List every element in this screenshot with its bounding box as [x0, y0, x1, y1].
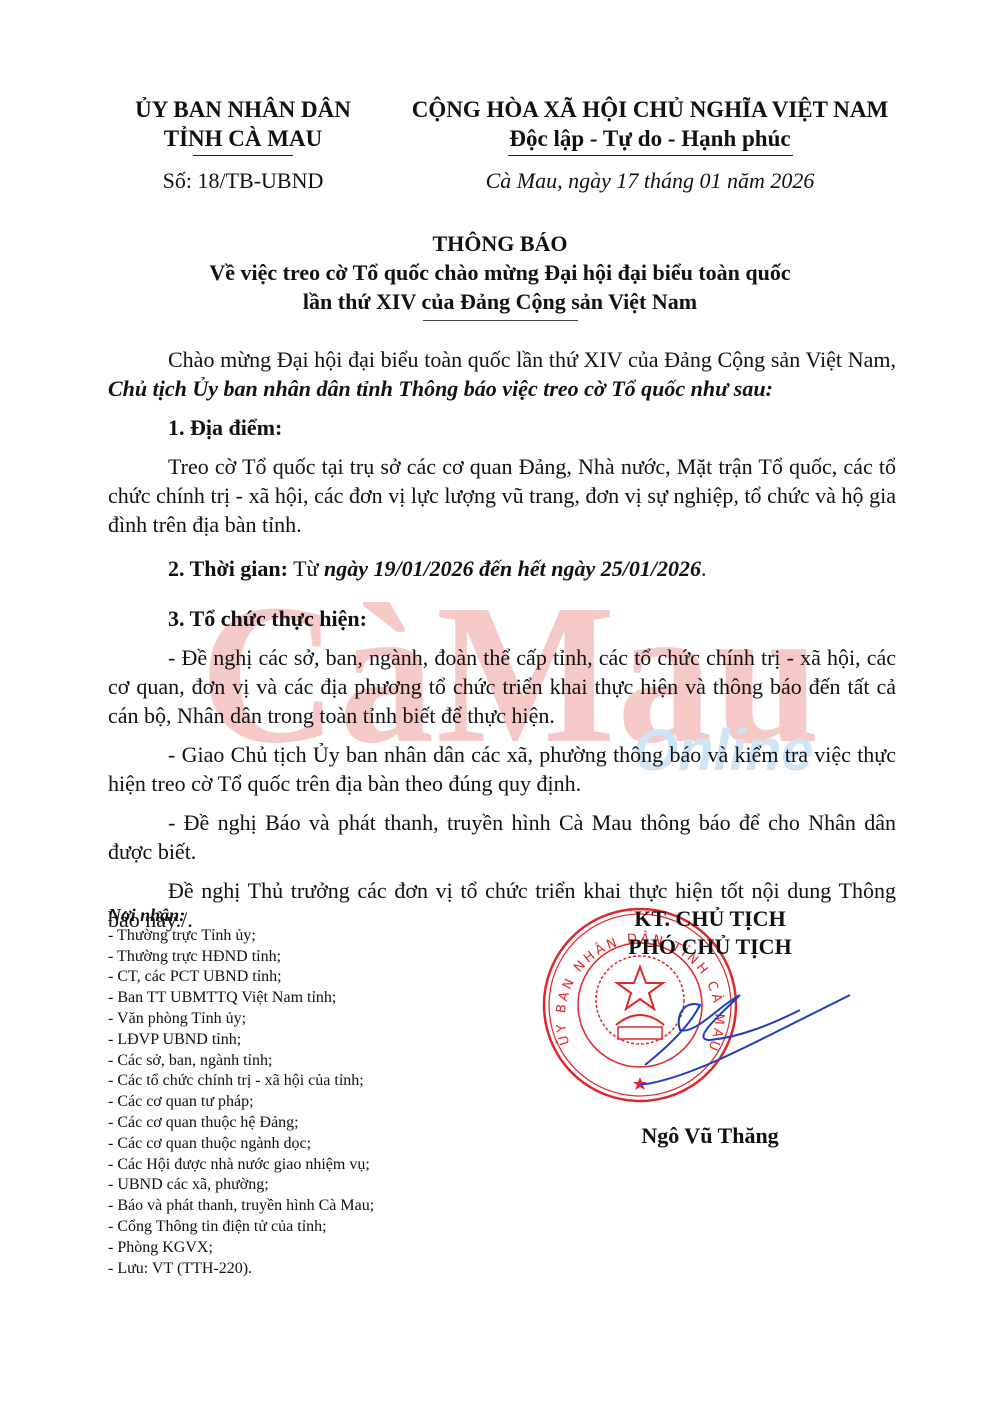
signature-block: KT. CHỦ TỊCH PHÓ CHỦ TỊCH [580, 905, 840, 961]
national-motto: CỘNG HÒA XÃ HỘI CHỦ NGHĨA VIỆT NAM Độc l… [395, 95, 905, 156]
section-3-item: - Đề nghị Báo và phát thanh, truyền hình… [108, 808, 896, 866]
document-number: Số: 18/TB-UBND [108, 168, 378, 194]
subject-line-1: Về việc treo cờ Tổ quốc chào mừng Đại hộ… [100, 258, 900, 287]
recipient-item: - Ban TT UBMTTQ Việt Nam tỉnh; [108, 988, 468, 1009]
motto: Độc lập - Tự do - Hạnh phúc [395, 124, 905, 153]
recipient-item: - Cổng Thông tin điện tử của tỉnh; [108, 1217, 468, 1238]
subject-line-2: lần thứ XIV của Đảng Cộng sản Việt Nam [100, 287, 900, 316]
recipient-item: - Báo và phát thanh, truyền hình Cà Mau; [108, 1196, 468, 1217]
recipients-heading: Nơi nhận: [108, 905, 468, 926]
authority-underline [193, 155, 293, 156]
document-type: THÔNG BÁO [100, 229, 900, 258]
nation-name: CỘNG HÒA XÃ HỘI CHỦ NGHĨA VIỆT NAM [395, 95, 905, 124]
section-2-heading: 2. Thời gian: [168, 556, 288, 581]
section-1-text: Treo cờ Tổ quốc tại trụ sở các cơ quan Đ… [108, 452, 896, 539]
recipients-list: - Thường trực Tỉnh ủy; - Thường trực HĐN… [108, 926, 468, 1280]
intro-paragraph: Chào mừng Đại hội đại biểu toàn quốc lần… [108, 345, 896, 403]
section-3-item: - Giao Chủ tịch Ủy ban nhân dân các xã, … [108, 740, 896, 798]
recipients-block: Nơi nhận: - Thường trực Tỉnh ủy; - Thườn… [108, 905, 468, 1279]
section-3-heading: 3. Tổ chức thực hiện: [108, 604, 896, 633]
recipient-item: - Thường trực HĐND tỉnh; [108, 947, 468, 968]
intro-emphasis: Chủ tịch Ủy ban nhân dân tỉnh Thông báo … [108, 376, 773, 401]
document-title: THÔNG BÁO Về việc treo cờ Tổ quốc chào m… [100, 229, 900, 321]
recipient-item: - UBND các xã, phường; [108, 1175, 468, 1196]
issuing-authority: ỦY BAN NHÂN DÂN TỈNH CÀ MAU [108, 95, 378, 156]
signature-title-1: KT. CHỦ TỊCH [580, 905, 840, 933]
signature-title-2: PHÓ CHỦ TỊCH [580, 933, 840, 961]
recipient-item: - Lưu: VT (TTH-220). [108, 1259, 468, 1280]
recipient-item: - Thường trực Tỉnh ủy; [108, 926, 468, 947]
motto-underline [508, 155, 793, 156]
recipient-item: - LĐVP UBND tỉnh; [108, 1030, 468, 1051]
recipient-item: - Các tổ chức chính trị - xã hội của tỉn… [108, 1071, 468, 1092]
recipient-item: - Văn phòng Tỉnh ủy; [108, 1009, 468, 1030]
authority-line-1: ỦY BAN NHÂN DÂN [108, 95, 378, 124]
title-underline [423, 320, 578, 321]
authority-line-2: TỈNH CÀ MAU [108, 124, 378, 153]
section-3-item: - Đề nghị các sở, ban, ngành, đoàn thể c… [108, 643, 896, 730]
recipient-item: - Các cơ quan tư pháp; [108, 1092, 468, 1113]
section-1-heading: 1. Địa điểm: [108, 413, 896, 442]
recipient-item: - CT, các PCT UBND tỉnh; [108, 967, 468, 988]
section-2: 2. Thời gian: Từ ngày 19/01/2026 đến hết… [108, 554, 896, 583]
signer-name: Ngô Vũ Thăng [580, 1123, 840, 1149]
place-and-date: Cà Mau, ngày 17 tháng 01 năm 2026 [395, 168, 905, 194]
recipient-item: - Phòng KGVX; [108, 1238, 468, 1259]
recipient-item: - Các cơ quan thuộc hệ Đảng; [108, 1113, 468, 1134]
recipient-item: - Các sở, ban, ngành tỉnh; [108, 1051, 468, 1072]
intro-text: Chào mừng Đại hội đại biểu toàn quốc lần… [168, 347, 896, 372]
recipient-item: - Các cơ quan thuộc ngành dọc; [108, 1134, 468, 1155]
handwritten-signature-icon [640, 985, 850, 1085]
document-body: Chào mừng Đại hội đại biểu toàn quốc lần… [108, 345, 896, 934]
recipient-item: - Các Hội được nhà nước giao nhiệm vụ; [108, 1155, 468, 1176]
document-page: CàMau Online ỦY BAN NHÂN DÂN TỈNH CÀ MAU… [0, 0, 1000, 1415]
section-2-period: ngày 19/01/2026 đến hết ngày 25/01/2026 [324, 556, 701, 581]
